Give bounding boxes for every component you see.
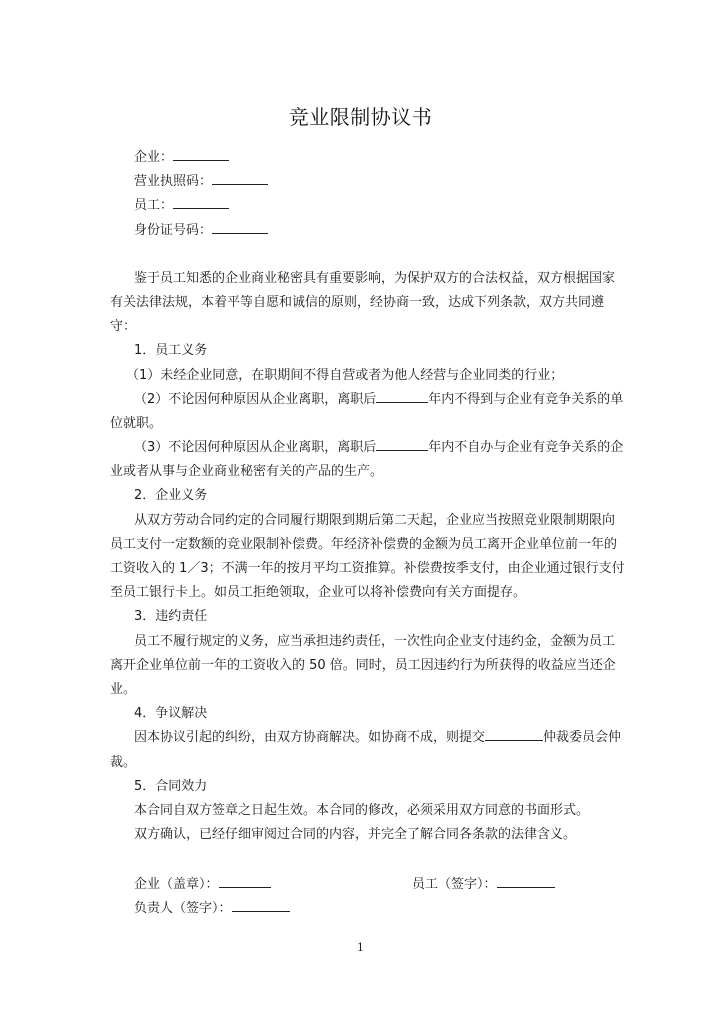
document-title: 竞业限制协议书 — [0, 101, 721, 130]
document-page: 竞业限制协议书 企业： 营业执照码： 员工： 身份证号码： 鉴于员工知悉的企业商… — [0, 0, 721, 1020]
clause-continuation: 业或者从事与企业商业秘密有关的产品的生产。 — [110, 460, 612, 484]
clause-text: （2）不论因何种原因从企业离职，离职后 — [134, 392, 376, 407]
clause-text: 年内不自办与企业有竞争关系的企 — [428, 440, 623, 455]
section-heading: 5．合同效力 — [110, 775, 612, 799]
section-text-line: 至员工银行卡上。如员工拒绝领取，企业可以将补偿费向有关方面提存。 — [110, 581, 612, 605]
field-label: 身份证号码： — [134, 223, 212, 238]
clause-text: 因本协议引起的纠纷，由双方协商解决。如协商不成，则提交 — [134, 730, 485, 745]
clause-text: （3）不论因何种原因从企业离职，离职后 — [134, 440, 376, 455]
blank-business-license[interactable] — [212, 170, 268, 185]
blank-company-seal[interactable] — [219, 873, 271, 888]
preamble-line: 鉴于员工知悉的企业商业秘密具有重要影响，为保护双方的合法权益，双方根据国家 — [110, 267, 612, 291]
field-label: 营业执照码： — [134, 174, 212, 189]
preamble-line: 有关法律法规，本着平等自愿和诚信的原则，经协商一致，达成下列条款，双方共同遵 — [110, 291, 612, 315]
signature-row: 负责人（签字）： — [110, 897, 612, 921]
blank-years-no-employment[interactable] — [376, 388, 428, 403]
field-label: 员工： — [134, 198, 173, 213]
blank-id-number[interactable] — [212, 219, 268, 234]
signature-employee: 员工（签字）： — [412, 873, 555, 897]
blank-years-no-business[interactable] — [376, 436, 428, 451]
spacer — [110, 847, 612, 873]
field-company: 企业： — [110, 146, 612, 170]
field-label: 企业： — [134, 150, 173, 165]
section-text-line: 员工不履行规定的义务，应当承担违约责任，一次性向企业支付违约金，金额为员工 — [110, 630, 612, 654]
clause-text: 年内不得到与企业有竞争关系的单 — [428, 392, 623, 407]
signature-row: 企业（盖章）： 员工（签字）： — [110, 873, 612, 897]
blank-company[interactable] — [173, 146, 229, 161]
blank-arbitration-committee[interactable] — [485, 726, 543, 741]
blank-employee[interactable] — [173, 194, 229, 209]
signature-label: 企业（盖章）： — [134, 877, 219, 892]
blank-responsible-sign[interactable] — [232, 897, 290, 912]
section-heading: 3．违约责任 — [110, 605, 612, 629]
section-text-line: 员工支付一定数额的竞业限制补偿费。年经济补偿费的金额为员工离开企业单位前一年的 — [110, 533, 612, 557]
field-employee: 员工： — [110, 194, 612, 218]
section-text-line: 从双方劳动合同约定的合同履行期限到期后第二天起，企业应当按照竞业限制期限向 — [110, 509, 612, 533]
section-text-line: 离开企业单位前一年的工资收入的 50 倍。同时，员工因违约行为所获得的收益应当还… — [110, 654, 612, 678]
field-business-license: 营业执照码： — [110, 170, 612, 194]
section-heading: 4．争议解决 — [110, 702, 612, 726]
section-heading: 1．员工义务 — [110, 339, 612, 363]
document-body: 企业： 营业执照码： 员工： 身份证号码： 鉴于员工知悉的企业商业秘密具有重要影… — [110, 146, 612, 922]
clause-continuation: 位就职。 — [110, 412, 612, 436]
blank-employee-sign[interactable] — [497, 873, 555, 888]
signature-label: 负责人（签字）： — [134, 901, 232, 916]
section-text-line: 双方确认，已经仔细审阅过合同的内容，并完全了解合同各条款的法律含义。 — [110, 823, 612, 847]
clause-item: （1）未经企业同意，在职期间不得自营或者为他人经营与企业同类的行业； — [110, 364, 612, 388]
spacer — [110, 243, 612, 267]
page-number: 1 — [0, 941, 721, 954]
field-id-number: 身份证号码： — [110, 219, 612, 243]
signature-label: 员工（签字）： — [412, 877, 497, 892]
signature-responsible: 负责人（签字）： — [134, 897, 290, 921]
signature-company: 企业（盖章）： — [134, 873, 271, 897]
section-text-line: 裁。 — [110, 751, 612, 775]
clause-item: （3）不论因何种原因从企业离职，离职后年内不自办与企业有竞争关系的企 — [110, 436, 612, 460]
preamble-line: 守： — [110, 315, 612, 339]
section-text-line: 工资收入的 1／3；不满一年的按月平均工资推算。补偿费按季支付，由企业通过银行支… — [110, 557, 612, 581]
section-text-line: 因本协议引起的纠纷，由双方协商解决。如协商不成，则提交仲裁委员会仲 — [110, 726, 612, 750]
section-text-line: 本合同自双方签章之日起生效。本合同的修改，必须采用双方同意的书面形式。 — [110, 799, 612, 823]
clause-item: （2）不论因何种原因从企业离职，离职后年内不得到与企业有竞争关系的单 — [110, 388, 612, 412]
section-text-line: 业。 — [110, 678, 612, 702]
clause-text: 仲裁委员会仲 — [543, 730, 621, 745]
section-heading: 2．企业义务 — [110, 484, 612, 508]
